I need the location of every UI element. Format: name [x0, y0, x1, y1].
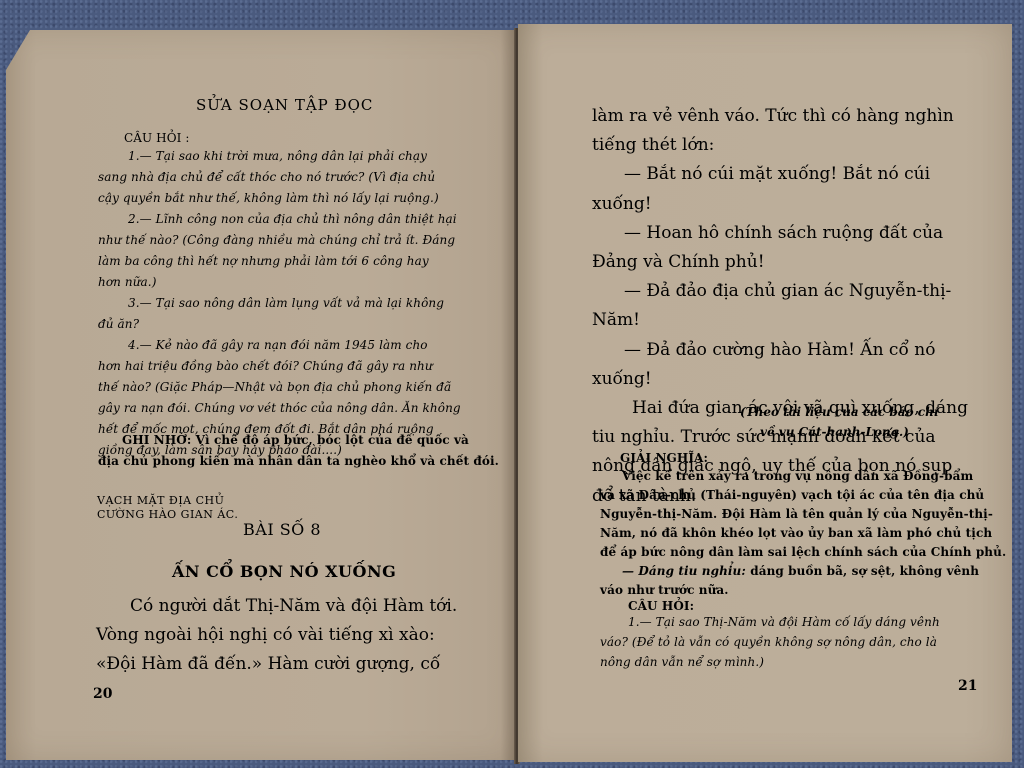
- question-line: 1.— Tại sao Thị-Năm và đội Hàm cố lấy dá…: [600, 612, 940, 632]
- page-number-right: 21: [958, 678, 977, 694]
- open-book: SỬA SOẠN TẬP ĐỌC CÂU HỎI : 1.— Tại sao k…: [0, 0, 1024, 768]
- margin-note-line: CƯỜNG HÀO GIAN ÁC.: [97, 508, 238, 522]
- story-start: Có người dắt Thị-Năm và đội Hàm tới. Vòn…: [96, 592, 457, 679]
- question-line: như thế nào? (Công đàng nhiều mà chúng c…: [98, 230, 463, 251]
- story-line: — Đả đảo cường hào Hàm! Ấn cổ nó: [592, 336, 968, 365]
- glossary-line: Năm, nó đã khôn khéo lọt vào ủy ban xã l…: [600, 524, 1006, 543]
- question-line: 1.— Tại sao khi trời mưa, nông dân lại p…: [98, 146, 463, 167]
- glossary-line: và xã Dân-chủ (Thái-nguyên) vạch tội ác …: [600, 486, 1006, 505]
- glossary-line: Việc kể trên xảy ra trong vụ nông dân xã…: [600, 467, 1006, 486]
- definition-line: — Dáng tiu nghỉu: dáng buồn bã, sợ sệt, …: [600, 562, 1006, 581]
- remember-line: địa chủ phong kiến mà nhân dân ta nghèo …: [98, 451, 468, 472]
- margin-note: VẠCH MẶT ĐỊA CHỦ CƯỜNG HÀO GIAN ÁC.: [97, 494, 238, 522]
- story-line: xuống!: [592, 365, 968, 394]
- story-line: Có người dắt Thị-Năm và đội Hàm tới.: [96, 592, 457, 621]
- question-line: 3.— Tại sao nông dân làm lụng vất vả mà …: [98, 293, 463, 314]
- story-line: — Bắt nó cúi mặt xuống! Bắt nó cúi: [592, 160, 968, 189]
- question-line: váo? (Để tỏ là vẫn có quyền không sợ nôn…: [600, 632, 940, 652]
- story-line: «Đội Hàm đã đến.» Hàm cười gượng, cố: [96, 650, 457, 679]
- glossary-line: để áp bức nông dân làm sai lệch chính sá…: [600, 543, 1006, 562]
- question-line: nông dân vẫn nể sợ mình.): [600, 652, 940, 672]
- question-line: thế nào? (Giặc Pháp—Nhật và bọn địa chủ …: [98, 377, 463, 398]
- definition-term: — Dáng tiu nghỉu:: [622, 564, 746, 578]
- source-line: về vụ Cát-hanh-Long.): [740, 422, 938, 442]
- question-line: hơn nữa.): [98, 272, 463, 293]
- question-line: cậy quyền bắt như thế, không làm thì nó …: [98, 188, 463, 209]
- glossary-label: GIẢI NGHĨA:: [620, 448, 708, 469]
- source-line: (Theo tài liệu của các báo chí: [740, 402, 938, 422]
- remember-note: GHI NHỚ: Vì chế độ áp bức, bóc lột của đ…: [98, 430, 468, 472]
- lesson-title: ẤN CỔ BỌN NÓ XUỐNG: [172, 562, 396, 581]
- story-line: Năm!: [592, 306, 968, 335]
- question-line: làm ba công thì hết nợ nhưng phải làm tớ…: [98, 251, 463, 272]
- question-line: 4.— Kẻ nào đã gây ra nạn đói năm 1945 là…: [98, 335, 463, 356]
- margin-note-line: VẠCH MẶT ĐỊA CHỦ: [97, 494, 238, 508]
- source-citation: (Theo tài liệu của các báo chí về vụ Cát…: [740, 402, 938, 442]
- story-line: Vòng ngoài hội nghị có vài tiếng xì xào:: [96, 621, 457, 650]
- question-line: hơn hai triệu đồng bào chết đói? Chúng đ…: [98, 356, 463, 377]
- question-list: 1.— Tại sao khi trời mưa, nông dân lại p…: [98, 146, 463, 461]
- lesson-number: BÀI SỐ 8: [243, 520, 321, 539]
- story-line: tiếng thét lớn:: [592, 131, 968, 160]
- story-line: — Hoan hô chính sách ruộng đất của: [592, 219, 968, 248]
- glossary-line: Nguyễn-thị-Năm. Đội Hàm là tên quản lý c…: [600, 505, 1006, 524]
- page-number-left: 20: [93, 686, 112, 702]
- question-list-right: 1.— Tại sao Thị-Năm và đội Hàm cố lấy dá…: [600, 612, 940, 672]
- story-line: — Đả đảo địa chủ gian ác Nguyễn-thị-: [592, 277, 968, 306]
- story-line: làm ra vẻ vênh váo. Tức thì có hàng nghì…: [592, 102, 968, 131]
- question-line: sang nhà địa chủ để cất thóc cho nó trướ…: [98, 167, 463, 188]
- running-head: SỬA SOẠN TẬP ĐỌC: [196, 96, 373, 114]
- question-line: 2.— Lĩnh công non của địa chủ thì nông d…: [98, 209, 463, 230]
- definition-text: dáng buồn bã, sợ sệt, không vênh: [750, 564, 979, 578]
- question-line: gây ra nạn đói. Chúng vơ vét thóc của nô…: [98, 398, 463, 419]
- remember-line: GHI NHỚ: Vì chế độ áp bức, bóc lột của đ…: [98, 430, 468, 451]
- question-line: đủ ăn?: [98, 314, 463, 335]
- glossary: Việc kể trên xảy ra trong vụ nông dân xã…: [600, 467, 1006, 600]
- story-line: xuống!: [592, 190, 968, 219]
- story-line: Đảng và Chính phủ!: [592, 248, 968, 277]
